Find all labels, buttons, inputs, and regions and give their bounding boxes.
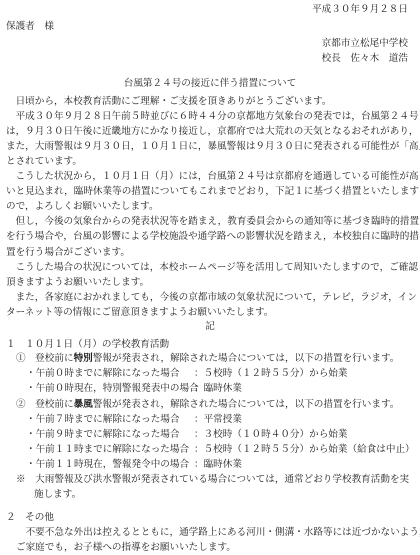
body-line: を行う場合や，台風の影響による学校施設や通学路への影響状況を踏まえ，本校独自に臨…: [6, 229, 414, 245]
body-line: また，大雨警報は９月３０日，１０月１日に，暴風警報は９月３０日に発表される可能性…: [6, 139, 414, 155]
row-value: ：５校時（１２時５５分）から始業: [194, 368, 348, 379]
note-line: 施します。: [34, 487, 420, 503]
row-label: ・午前０時までに解除になった場合: [26, 366, 194, 382]
notice-document: 平成３０年９月２８日 保護者 様 京都市立松尾中学校 校長 佐々木 道浩 台風第…: [0, 0, 420, 555]
body-line: 平成３０年９月２８日午前５時並びに６時４４分の京都地方気象台の発表では，台風第２…: [6, 109, 414, 125]
item2-text-post: 警報が発表され，解除された場合については，以下の措置を行います。: [93, 399, 400, 410]
item1-row: ・午前０時現在，特別警報発表中の場合：臨時休業: [26, 381, 420, 397]
section2-heading: ２ その他: [6, 510, 414, 526]
document-date: 平成３０年９月２８日: [312, 2, 408, 18]
item1-text-post: 警報が発表され，解除された場合については，以下の措置を行います。: [93, 353, 400, 364]
body-line: 日頃から，本校教育活動にご理解・ご支援を頂きありがとうございます。: [6, 94, 414, 110]
section2-line: ご家庭でも，お子様への指導をお願いいたします。: [16, 540, 420, 555]
section1-item2: ② 登校前に暴風警報が発表され，解除された場合については，以下の措置を行います。: [16, 397, 420, 413]
document-title: 台風第２４号の接近に伴う措置について: [0, 76, 420, 92]
body-line: 置を行う場合がございます。: [6, 245, 414, 261]
row-label: ・午前１１時までに解除になった場合: [26, 442, 194, 458]
body-line: ので，よろしくお願いいたします。: [6, 199, 414, 215]
body-line: 但し，今後の気象台からの発表状況等を踏まえ，教育委員会からの通知等に基づき臨時的…: [6, 214, 414, 230]
item1-text-pre: 登校前に: [26, 353, 74, 364]
item2-row: ・午前１１時現在，警報発令中の場合：臨時休業: [26, 457, 420, 473]
item2-marker: ②: [16, 399, 26, 410]
body-line: とされています。: [6, 154, 414, 170]
body-line: こうした状況から，１０月１日（月）には，台風第２４号は京都府を通過している可能性…: [6, 169, 414, 185]
addressee: 保護者 様: [6, 19, 414, 35]
school-name: 京都市立松尾中学校: [322, 36, 408, 52]
item2-row: ・午前７時までに解除になった場合：平常授業: [26, 412, 420, 428]
section1-item1: ① 登校前に特別警報が発表され，解除された場合については，以下の措置を行います。: [16, 351, 420, 367]
item2-bold: 暴風: [74, 399, 93, 410]
body-line: 頂きますようお願いいたします。: [6, 275, 414, 291]
item1-row: ・午前０時までに解除になった場合：５校時（１２時５５分）から始業: [26, 366, 420, 382]
item1-bold: 特別: [74, 353, 93, 364]
body-line: こうした場合の状況については，本校ホームページ等を活用して周知いたしますので，ご…: [6, 260, 414, 276]
item2-row: ・午前１１時までに解除になった場合：５校時（１２時５５分）から始業（給食は中止）: [26, 442, 420, 458]
ki-heading: 記: [0, 319, 420, 335]
body-line: いと見込まれ，臨時休業等の措置についてもこれまでどおり，下記１に基づく措置といた…: [6, 184, 414, 200]
body-line: また，各家庭におかれましても，今後の京都市域の気象状況について，テレビ，ラジオ，…: [6, 290, 414, 306]
row-label: ・午前９時までに解除になった場合: [26, 427, 194, 443]
row-value: ：５校時（１２時５５分）から始業（給食は中止）: [194, 444, 415, 455]
row-value: ：臨時休業: [194, 383, 242, 394]
item2-text-pre: 登校前に: [35, 399, 73, 410]
row-value: ：３校時（１０時４０分）から始業: [194, 429, 348, 440]
section2-line: 不要不急な外出は控えるとともに，通学路上にある河川・側溝・水路等には近づかないよ…: [16, 525, 420, 541]
row-value: ：平常授業: [194, 414, 242, 425]
row-label: ・午前０時現在，特別警報発表中の場合: [26, 381, 194, 397]
body-line: は，９月３０日午後に近畿地方にかなり接近し，京都府では大荒れの天気となるおそれが…: [6, 124, 414, 140]
row-label: ・午前１１時現在，警報発令中の場合: [26, 457, 194, 473]
note-line: ※ 大雨警報及び洪水警報が発表されている場合については，通常どおり学校教育活動を…: [16, 472, 420, 488]
item2-row: ・午前９時までに解除になった場合：３校時（１０時４０分）から始業: [26, 427, 420, 443]
row-label: ・午前７時までに解除になった場合: [26, 412, 194, 428]
item1-marker: ①: [16, 353, 26, 364]
row-value: ：臨時休業: [194, 459, 242, 470]
principal-name: 校長 佐々木 道浩: [322, 51, 408, 67]
